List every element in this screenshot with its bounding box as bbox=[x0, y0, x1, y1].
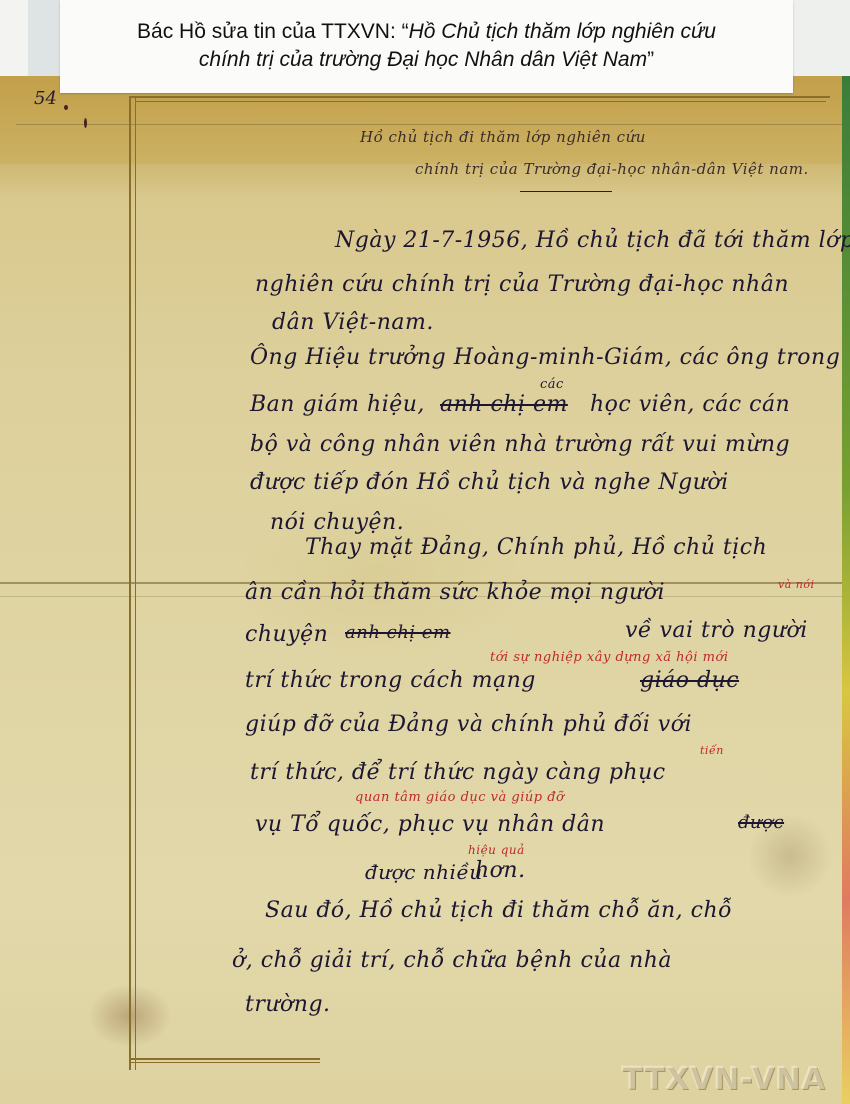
frame-bottom-line-inner bbox=[130, 1062, 320, 1063]
p3-line3a: chuyện bbox=[245, 622, 328, 647]
p1-line2: nghiên cứu chính trị của Trường đại-học … bbox=[255, 272, 789, 297]
p3-line6: trí thức, để trí thức ngày càng phục bbox=[250, 760, 666, 785]
manuscript-heading-line2: chính trị của Trường đại-học nhân-dân Vi… bbox=[415, 160, 809, 178]
p2-insertion: các bbox=[540, 377, 564, 392]
red-insert-tien: tiến bbox=[700, 744, 724, 757]
margin-line-inner bbox=[135, 96, 136, 1070]
caption-prefix: Bác Hồ sửa tin của TTXVN: “ bbox=[137, 20, 409, 43]
p4-line3: trường. bbox=[245, 992, 331, 1017]
p3-line9: hơn. bbox=[475, 858, 526, 883]
p3-line8: được nhiều bbox=[365, 860, 483, 884]
p2-struck-text: anh chị em bbox=[440, 392, 568, 417]
background-right bbox=[790, 0, 850, 80]
red-insert-hieu-qua: hiệu quả bbox=[468, 843, 525, 857]
ink-dot bbox=[64, 105, 68, 110]
p4-line1: Sau đó, Hồ chủ tịch đi thăm chỗ ăn, chỗ bbox=[265, 898, 732, 923]
background-left-shadow bbox=[28, 0, 60, 80]
p3-line1: Thay mặt Đảng, Chính phủ, Hồ chủ tịch bbox=[305, 535, 767, 560]
ttxvn-watermark: TTXVN-VNA bbox=[622, 1062, 826, 1097]
caption-title-line1: Hồ Chủ tịch thăm lớp nghiên cứu bbox=[409, 20, 716, 43]
red-insert-quan-tam: quan tâm giáo dục và giúp đỡ bbox=[355, 790, 564, 805]
caption-suffix: ” bbox=[647, 48, 654, 71]
caption-label: Bác Hồ sửa tin của TTXVN: “Hồ Chủ tịch t… bbox=[60, 0, 793, 93]
p1-line1: Ngày 21-7-1956, Hồ chủ tịch đã tới thăm … bbox=[335, 228, 850, 253]
red-insert-va-noi: và nói bbox=[778, 578, 815, 591]
caption-title-line2: chính trị của trường Đại học Nhân dân Vi… bbox=[199, 48, 647, 71]
p3-line5: giúp đỡ của Đảng và chính phủ đối với bbox=[245, 712, 692, 737]
frame-bottom-line bbox=[130, 1058, 320, 1060]
page-number: 54 bbox=[34, 88, 57, 109]
p3-line3b: về vai trò người bbox=[625, 618, 808, 643]
p2-line4: được tiếp đón Hồ chủ tịch và nghe Người bbox=[250, 470, 729, 495]
p2-line3: bộ và công nhân viên nhà trường rất vui … bbox=[250, 432, 790, 457]
background-left bbox=[0, 0, 30, 80]
ruled-line bbox=[16, 124, 842, 125]
p3-struck-giao-duc: giáo dục bbox=[640, 668, 739, 693]
red-insert-xa-hoi-moi: tới sự nghiệp xây dựng xã hội mới bbox=[490, 650, 728, 665]
p2-line2b: học viên, các cán bbox=[590, 392, 790, 417]
frame-top-line-inner bbox=[136, 101, 826, 102]
manuscript-heading-line1: Hồ chủ tịch đi thăm lớp nghiên cứu bbox=[360, 128, 646, 146]
frame-top-line bbox=[130, 96, 830, 98]
p2-line1: Ông Hiệu trưởng Hoàng-minh-Giám, các ông… bbox=[250, 345, 840, 370]
p2-line2a: Ban giám hiệu, bbox=[250, 392, 425, 417]
p3-struck-duoc: được bbox=[738, 812, 784, 833]
p4-line2: ở, chỗ giải trí, chỗ chữa bệnh của nhà bbox=[232, 948, 672, 973]
margin-line bbox=[129, 96, 131, 1070]
p3-line7: vụ Tổ quốc, phục vụ nhân dân bbox=[255, 812, 605, 837]
p3-line2: ân cần hỏi thăm sức khỏe mọi người bbox=[245, 580, 665, 605]
ink-mark bbox=[84, 118, 87, 128]
p2-line5: nói chuyện. bbox=[270, 510, 404, 535]
p3-struck-text: anh chị em bbox=[345, 622, 451, 643]
p3-line4: trí thức trong cách mạng bbox=[245, 668, 536, 693]
heading-underline bbox=[520, 191, 612, 192]
p1-line3: dân Việt-nam. bbox=[272, 310, 434, 335]
